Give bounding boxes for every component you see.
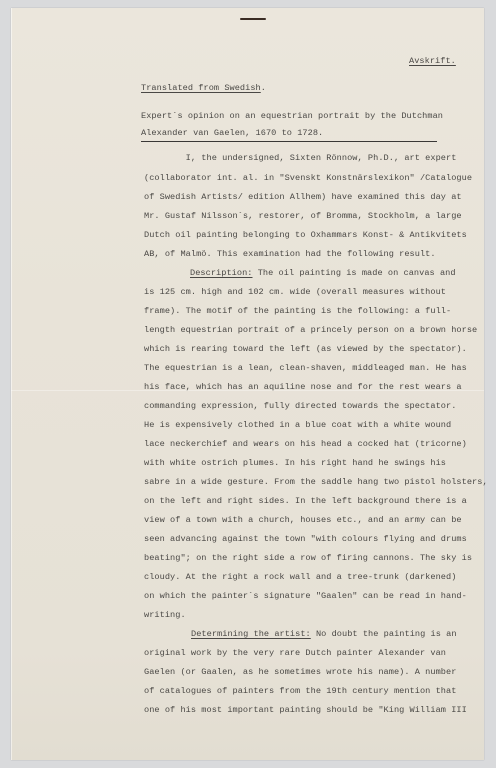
body-line: frame). The motif of the painting is the…	[144, 307, 451, 316]
body-line: The equestrian is a lean, clean-shaven, …	[144, 364, 467, 373]
body-line: AB, of Malmö. This examination had the f…	[144, 250, 436, 259]
body-line: He is expensively clothed in a blue coat…	[144, 421, 451, 430]
translated-note: Translated from Swedish.	[141, 84, 266, 93]
body-line: Dutch oil painting belonging to Oxhammar…	[144, 231, 467, 240]
body-line: view of a town with a church, houses etc…	[144, 516, 462, 525]
body-line: cloudy. At the right a rock wall and a t…	[144, 573, 456, 582]
translated-note-period: .	[261, 83, 266, 93]
translated-note-text: Translated from Swedish	[141, 83, 261, 93]
top-ink-mark	[240, 18, 266, 20]
document-page: Avskrift. Translated from Swedish. Exper…	[11, 8, 484, 760]
artist-heading: Determining the artist:	[191, 629, 311, 639]
description-text: The oil painting is made on canvas and	[253, 268, 456, 278]
body-line: writing.	[144, 611, 186, 620]
body-line: is 125 cm. high and 102 cm. wide (overal…	[144, 288, 446, 297]
body-line: lace neckerchief and wears on his head a…	[144, 440, 467, 449]
body-line: one of his most important painting shoul…	[144, 706, 467, 715]
body-line: of Swedish Artists/ edition Allhem) have…	[144, 193, 462, 202]
body-line: his face, which has an aquiline nose and…	[144, 383, 462, 392]
body-line: commanding expression, fully directed to…	[144, 402, 456, 411]
artist-text: No doubt the painting is an	[311, 629, 457, 639]
body-line: seen advancing against the town "with co…	[144, 535, 467, 544]
body-line: with white ostrich plumes. In his right …	[144, 459, 446, 468]
title-underline	[141, 141, 437, 142]
body-line: I, the undersigned, Sixten Rönnow, Ph.D.…	[144, 154, 456, 163]
header-avskrift: Avskrift.	[409, 57, 456, 66]
body-line: length equestrian portrait of a princely…	[144, 326, 477, 335]
body-line: (collaborator int. al. in "Svenskt Konst…	[144, 174, 472, 183]
title-line: Expert´s opinion on an equestrian portra…	[141, 112, 443, 121]
page-edge	[11, 8, 12, 760]
body-line: beating"; on the right side a row of fir…	[144, 554, 472, 563]
description-first-line: Description: The oil painting is made on…	[190, 269, 456, 278]
body-line: Mr. Gustaf Nilsson´s, restorer, of Bromm…	[144, 212, 462, 221]
title-line: Alexander van Gaelen, 1670 to 1728.	[141, 129, 323, 138]
body-line: on which the painter´s signature "Gaalen…	[144, 592, 467, 601]
artist-first-line: Determining the artist: No doubt the pai…	[191, 630, 457, 639]
body-line: original work by the very rare Dutch pai…	[144, 649, 446, 658]
body-line: sabre in a wide gesture. From the saddle…	[144, 478, 488, 487]
body-line: of catalogues of painters from the 19th …	[144, 687, 456, 696]
body-line: which is rearing toward the left (as vie…	[144, 345, 467, 354]
body-line: on the left and right sides. In the left…	[144, 497, 467, 506]
body-line: Gaelen (or Gaalen, as he sometimes wrote…	[144, 668, 456, 677]
description-heading: Description:	[190, 268, 253, 278]
